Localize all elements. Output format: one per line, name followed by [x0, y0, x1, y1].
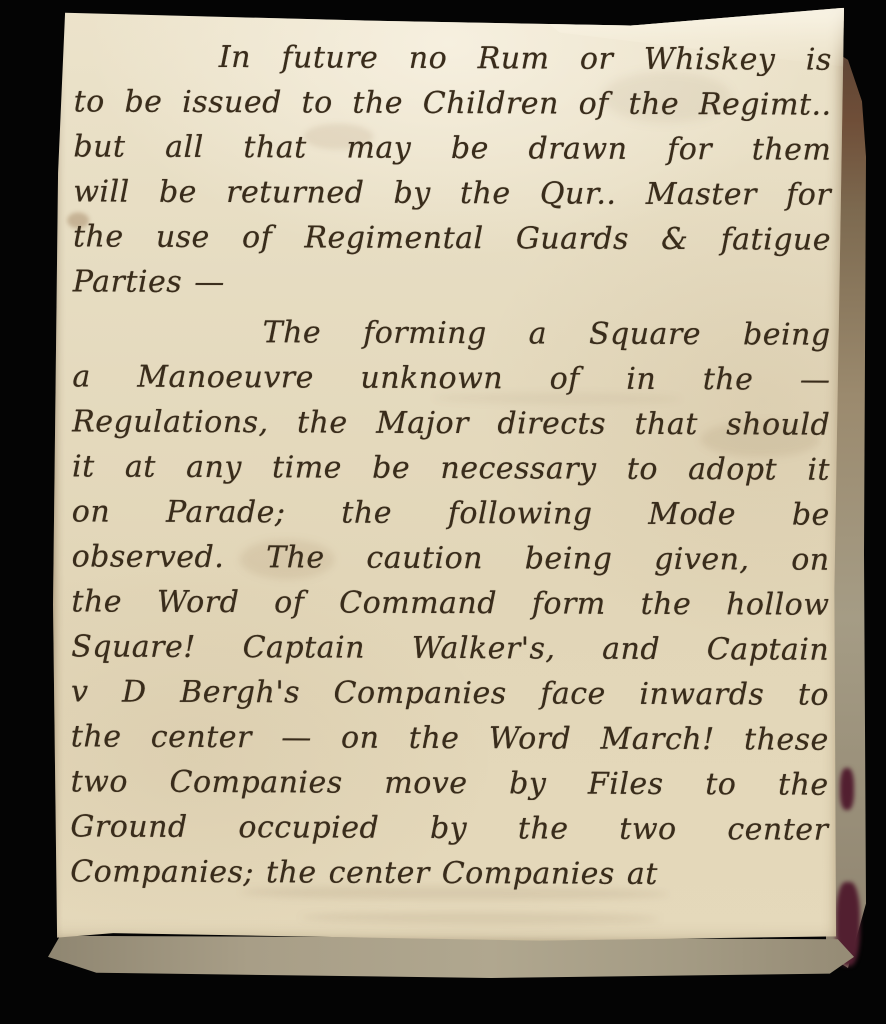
manuscript-page: In future no Rum or Whiskey isto be issu…: [50, 4, 844, 945]
photo-background: In future no Rum or Whiskey isto be issu…: [0, 0, 886, 1024]
manuscript-line: Ground occupied by the two center: [70, 804, 828, 852]
paragraph: The forming a Square beinga Manoeuvre un…: [70, 309, 831, 897]
manuscript-line: will be returned by the Qur.. Master for: [73, 169, 831, 217]
manuscript-line: on Parade; the following Mode be: [72, 489, 830, 537]
manuscript-text: In future no Rum or Whiskey isto be issu…: [70, 34, 832, 945]
manuscript-line: but all that may be drawn for them: [73, 124, 831, 172]
manuscript-line: Parties —: [73, 259, 831, 307]
book-cover-maroon: [840, 768, 854, 810]
manuscript-line: Square! Captain Walker's, and Captain: [71, 624, 829, 672]
manuscript-line: The forming a Square being: [73, 309, 831, 357]
manuscript-line: to be issued to the Children of the Regi…: [74, 79, 832, 127]
manuscript-line: two Companies move by Files to the: [71, 759, 829, 807]
manuscript-line: it at any time be necessary to adopt it: [72, 444, 830, 492]
manuscript-line: a Manoeuvre unknown of in the —: [72, 354, 830, 402]
manuscript-line: v D Bergh's Companies face inwards to: [71, 669, 829, 717]
manuscript-line: observed. The caution being given, on: [72, 534, 830, 582]
manuscript-line: the Word of Command form the hollow: [71, 579, 829, 627]
paragraph: In future no Rum or Whiskey isto be issu…: [73, 34, 832, 307]
manuscript-line: In future no Rum or Whiskey is: [74, 34, 832, 82]
manuscript-line: Regulations, the Major directs that shou…: [72, 399, 830, 447]
manuscript-line: the use of Regimental Guards & fatigue: [73, 214, 831, 262]
manuscript-line: the center — on the Word March! these: [71, 714, 829, 762]
manuscript-line: Companies; the center Companies at: [70, 849, 828, 897]
book-page-edges-bottom: [48, 934, 854, 978]
